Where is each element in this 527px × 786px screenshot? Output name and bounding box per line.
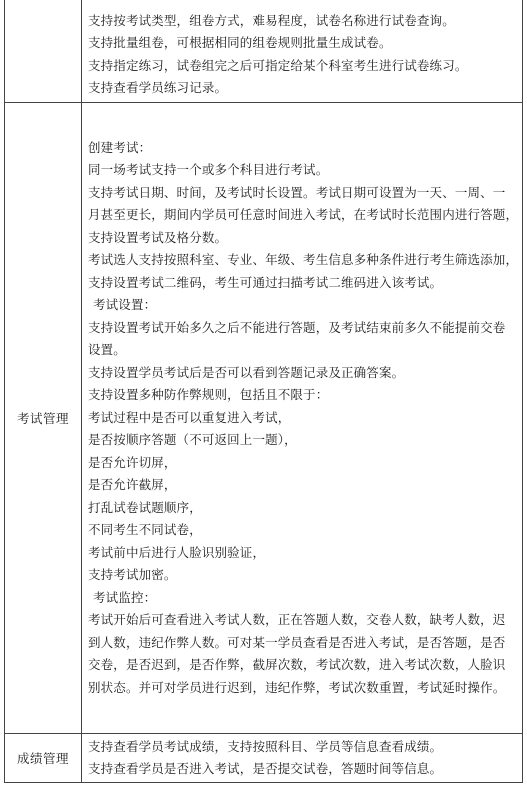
content-line: 月甚至更长，期间内学员可任意时间进入考试，在考试时长范围内进行答题， (88, 204, 522, 227)
content-lines: 支持查看学员考试成绩，支持按照科目、学员等信息查看成绩。支持查看学员是否进入考试… (88, 736, 522, 781)
content-line: 支持按考试类型，组卷方式，难易程度，试卷名称进行试卷查询。 (88, 10, 522, 33)
content-line: 考试选人支持按照科室、专业、年级、考生信息多种条件进行考生筛选添加， (88, 249, 522, 272)
content-cell: 创建考试：同一场考试支持一个或多个科目进行考试。支持考试日期、时间，及考试时长设… (82, 103, 523, 734)
content-line: 同一场考试支持一个或多个科目进行考试。 (88, 159, 522, 182)
content-line: 别状态。并可对学员进行迟到，违纪作弊，考试次数重置，考试延时操作。 (88, 677, 522, 700)
content-line: 是否允许切屏， (88, 452, 522, 475)
content-line: 是否允许截屏， (88, 474, 522, 497)
feature-table: 支持按考试类型，组卷方式，难易程度，试卷名称进行试卷查询。支持批量组卷，可根据相… (4, 0, 523, 783)
content-lines: 创建考试：同一场考试支持一个或多个科目进行考试。支持考试日期、时间，及考试时长设… (88, 137, 522, 700)
content-line: 支持查看学员是否进入考试，是否提交试卷，答题时间等信息。 (88, 758, 522, 781)
content-line: 支持设置考试及格分数。 (88, 227, 522, 250)
category-cell: 成绩管理 (5, 734, 82, 783)
content-line: 是否按顺序答题（不可返回上一题）， (88, 429, 522, 452)
content-line: 支持查看学员考试成绩，支持按照科目、学员等信息查看成绩。 (88, 736, 522, 759)
content-line: 支持设置学员考试后是否可以看到答题记录及正确答案。 (88, 362, 522, 385)
content-lines: 支持按考试类型，组卷方式，难易程度，试卷名称进行试卷查询。支持批量组卷，可根据相… (88, 3, 522, 100)
content-line: 打乱试卷试题顺序， (88, 497, 522, 520)
content-line: 支持设置考试二维码，考生可通过扫描考试二维码进入该考试。 (88, 272, 522, 295)
content-cell: 支持查看学员考试成绩，支持按照科目、学员等信息查看成绩。支持查看学员是否进入考试… (82, 734, 523, 783)
table-row-exam-paper: 支持按考试类型，组卷方式，难易程度，试卷名称进行试卷查询。支持批量组卷，可根据相… (5, 0, 523, 103)
content-line: 设置。 (88, 339, 522, 362)
content-line: 考试前中后进行人脸识别验证， (88, 542, 522, 565)
content-line: 考试开始后可查看进入考试人数，正在答题人数，交卷人数，缺考人数，迟 (88, 609, 522, 632)
content-line: 支持指定练习，试卷组完之后可指定给某个科室考生进行试卷练习。 (88, 55, 522, 78)
table-row-exam-management: 考试管理 创建考试：同一场考试支持一个或多个科目进行考试。支持考试日期、时间，及… (5, 103, 523, 734)
content-line: 考试过程中是否可以重复进入考试， (88, 407, 522, 430)
content-line: 到人数，违纪作弊人数。可对某一学员查看是否进入考试，是否答题，是否 (88, 632, 522, 655)
content-line: 考试设置： (88, 294, 522, 317)
category-cell (5, 0, 82, 103)
content-line: 支持考试加密。 (88, 564, 522, 587)
category-cell: 考试管理 (5, 103, 82, 734)
content-line: 不同考生不同试卷， (88, 519, 522, 542)
content-line: 支持设置多种防作弊规则，包括且不限于： (88, 384, 522, 407)
table-row-score-management: 成绩管理 支持查看学员考试成绩，支持按照科目、学员等信息查看成绩。支持查看学员是… (5, 734, 523, 783)
content-cell: 支持按考试类型，组卷方式，难易程度，试卷名称进行试卷查询。支持批量组卷，可根据相… (82, 0, 523, 103)
content-line: 交卷，是否迟到，是否作弊，截屏次数，考试次数，进入考试次数，人脸识 (88, 654, 522, 677)
content-line: 创建考试： (88, 137, 522, 160)
content-line: 支持批量组卷，可根据相同的组卷规则批量生成试卷。 (88, 32, 522, 55)
content-line: 考试监控： (88, 587, 522, 610)
content-line: 支持考试日期、时间，及考试时长设置。考试日期可设置为一天、一周、一 (88, 182, 522, 205)
content-line: 支持查看学员练习记录。 (88, 77, 522, 100)
content-line: 支持设置考试开始多久之后不能进行答题，及考试结束前多久不能提前交卷 (88, 317, 522, 340)
